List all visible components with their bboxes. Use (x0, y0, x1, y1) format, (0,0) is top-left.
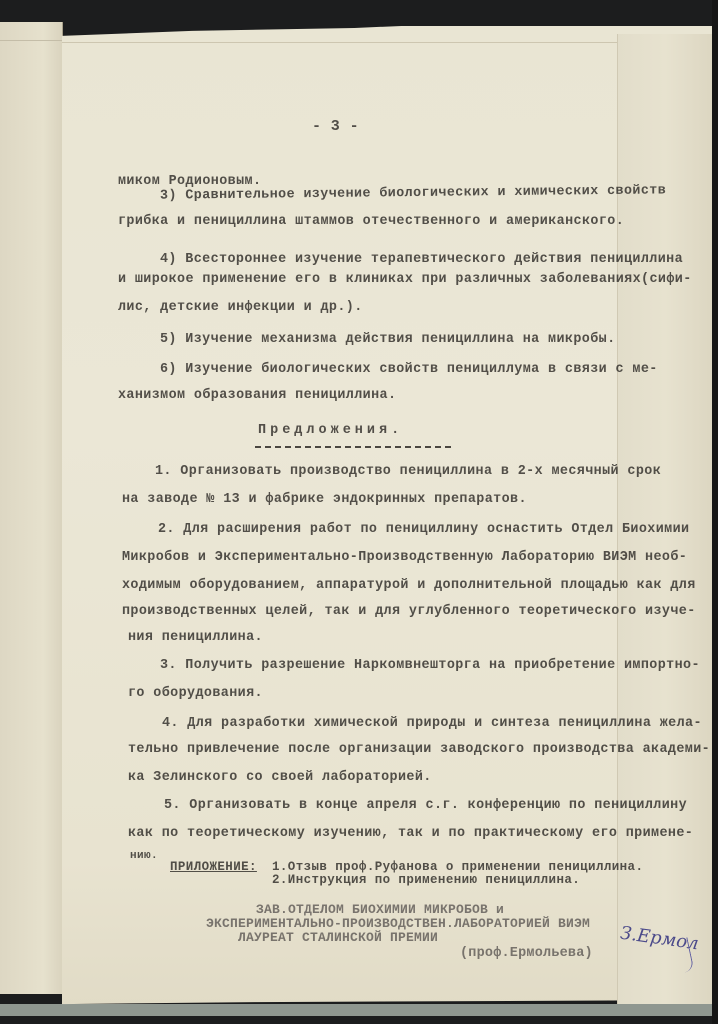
bottom-edge (0, 1004, 718, 1016)
left-facing-page (0, 22, 63, 994)
text-line: ка Зелинского со своей лабораторией. (128, 770, 432, 785)
page-number: - 3 - (312, 118, 359, 135)
text-line: го оборудования. (128, 686, 263, 701)
text-line: 2. Для расширения работ по пенициллину о… (158, 522, 689, 537)
appendix-item: 2.Инструкция по применению пенициллина. (272, 873, 580, 887)
text-line: 4. Для разработки химической природы и с… (162, 716, 702, 731)
heading-underline (255, 446, 451, 448)
page-fold (62, 42, 712, 43)
text-line: производственных целей, так и для углубл… (122, 604, 696, 619)
appendix-item: 1.Отзыв проф.Руфанова о применении пениц… (272, 860, 643, 874)
text-line: нию. (130, 850, 158, 862)
text-line: тельно привлечение после организации зав… (128, 742, 710, 757)
text-line: ханизмом образования пенициллина. (118, 388, 396, 403)
text-line: и широкое применение его в клиниках при … (118, 272, 692, 287)
signature-title-line: ЭКСПЕРИМЕНТАЛЬНО-ПРОИЗВОДСТВЕН.ЛАБОРАТОР… (206, 916, 590, 931)
signature-title-line: ЛАУРЕАТ СТАЛИНСКОЙ ПРЕМИИ (238, 930, 438, 945)
text-line: 5) Изучение механизма действия пеницилли… (160, 332, 616, 347)
text-line: на заводе № 13 и фабрике эндокринных пре… (122, 492, 527, 507)
text-line: ходимым оборудованием, аппаратурой и доп… (122, 578, 696, 593)
section-heading: Предложения. (258, 423, 403, 438)
text-line: как по теоретическому изучению, так и по… (128, 826, 693, 841)
text-line: грибка и пенициллина штаммов отечественн… (118, 214, 624, 229)
right-page-flap (617, 34, 713, 1004)
text-line: 5. Организовать в конце апреля с.г. конф… (164, 798, 687, 813)
page-fold (0, 40, 62, 41)
text-line: 6) Изучение биологических свойств пеници… (160, 362, 658, 377)
signatory-name: (проф.Ермольева) (460, 946, 593, 961)
text-line: лис, детские инфекции и др.). (118, 300, 363, 315)
right-edge (712, 0, 718, 1024)
text-line: 3. Получить разрешение Наркомвнешторга н… (160, 658, 700, 673)
signature-title-line: ЗАВ.ОТДЕЛОМ БИОХИМИИ МИКРОБОВ и (256, 902, 504, 917)
text-line: ния пенициллина. (128, 630, 263, 645)
text-line: Микробов и Экспериментально-Производстве… (122, 550, 687, 565)
appendix-label: ПРИЛОЖЕНИЕ: (170, 860, 257, 874)
text-line: 4) Всестороннее изучение терапевтическог… (160, 252, 683, 267)
text-line: 1. Организовать производство пенициллина… (155, 464, 661, 479)
text-line: миком Родионовым. (118, 174, 261, 189)
